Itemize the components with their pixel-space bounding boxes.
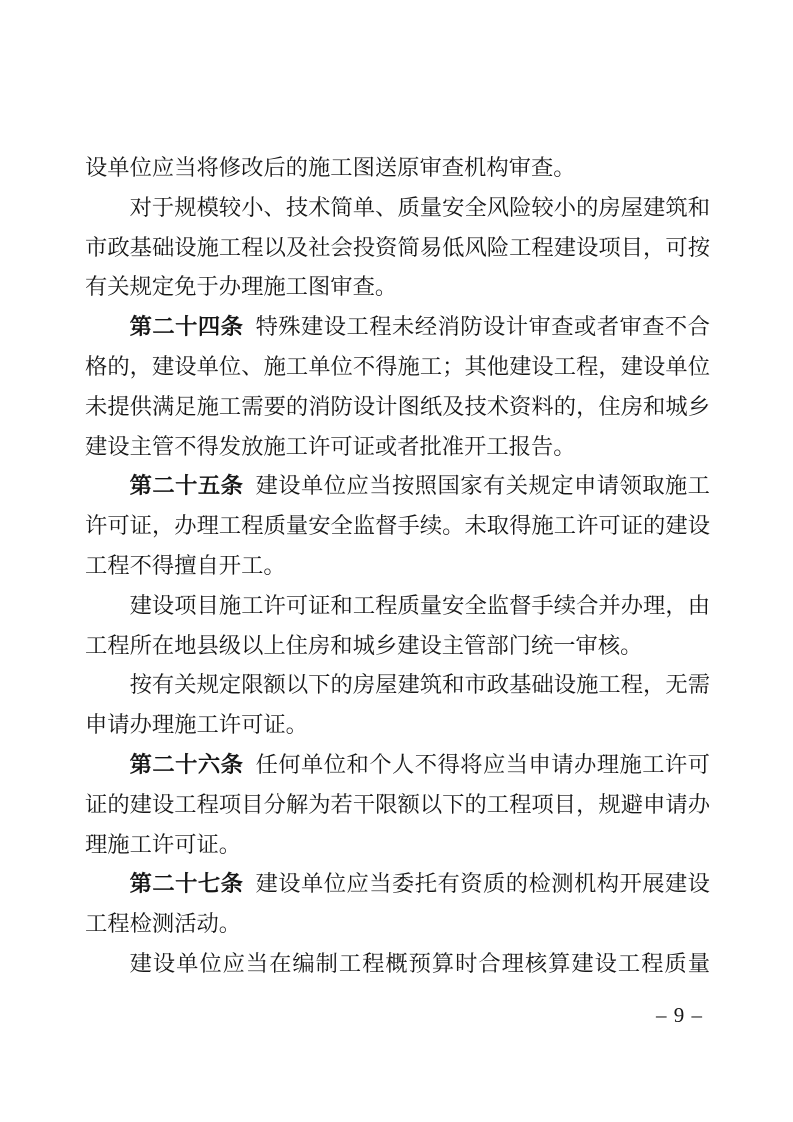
page-body: 设单位应当将修改后的施工图送原审查机构审查。 对于规模较小、技术简单、质量安全风… [85,148,710,984]
article-number-label: 第二十五条 [130,473,244,498]
paragraph-article-25: 第二十五条建设单位应当按照国家有关规定申请领取施工许可证，办理工程质量安全监督手… [85,466,710,585]
article-number-label: 第二十七条 [130,871,244,896]
paragraph: 建设单位应当在编制工程概预算时合理核算建设工程质量 [85,944,710,984]
paragraph: 建设项目施工许可证和工程质量安全监督手续合并办理，由工程所在地县级以上住房和城乡… [85,586,710,666]
paragraph-text: 建设单位应当在编制工程概预算时合理核算建设工程质量 [130,951,710,976]
paragraph-article-26: 第二十六条任何单位和个人不得将应当申请办理施工许可证的建设工程项目分解为若干限额… [85,745,710,864]
paragraph: 设单位应当将修改后的施工图送原审查机构审查。 [85,148,710,188]
article-number-label: 第二十六条 [130,752,244,777]
paragraph-text: 设单位应当将修改后的施工图送原审查机构审查。 [85,155,576,180]
paragraph-text: 对于规模较小、技术简单、质量安全风险较小的房屋建筑和市政基础设施工程以及社会投资… [85,195,710,300]
paragraph-text: 按有关规定限额以下的房屋建筑和市政基础设施工程，无需申请办理施工许可证。 [85,672,710,737]
document-page: 设单位应当将修改后的施工图送原审查机构审查。 对于规模较小、技术简单、质量安全风… [0,0,793,1122]
paragraph: 按有关规定限额以下的房屋建筑和市政基础设施工程，无需申请办理施工许可证。 [85,665,710,745]
page-number: – 9 – [656,1000,703,1030]
article-number-label: 第二十四条 [130,314,244,339]
paragraph-article-27: 第二十七条建设单位应当委托有资质的检测机构开展建设工程检测活动。 [85,864,710,944]
paragraph: 对于规模较小、技术简单、质量安全风险较小的房屋建筑和市政基础设施工程以及社会投资… [85,188,710,307]
paragraph-text: 建设项目施工许可证和工程质量安全监督手续合并办理，由工程所在地县级以上住房和城乡… [85,593,710,658]
paragraph-article-24: 第二十四条特殊建设工程未经消防设计审查或者审查不合格的，建设单位、施工单位不得施… [85,307,710,466]
